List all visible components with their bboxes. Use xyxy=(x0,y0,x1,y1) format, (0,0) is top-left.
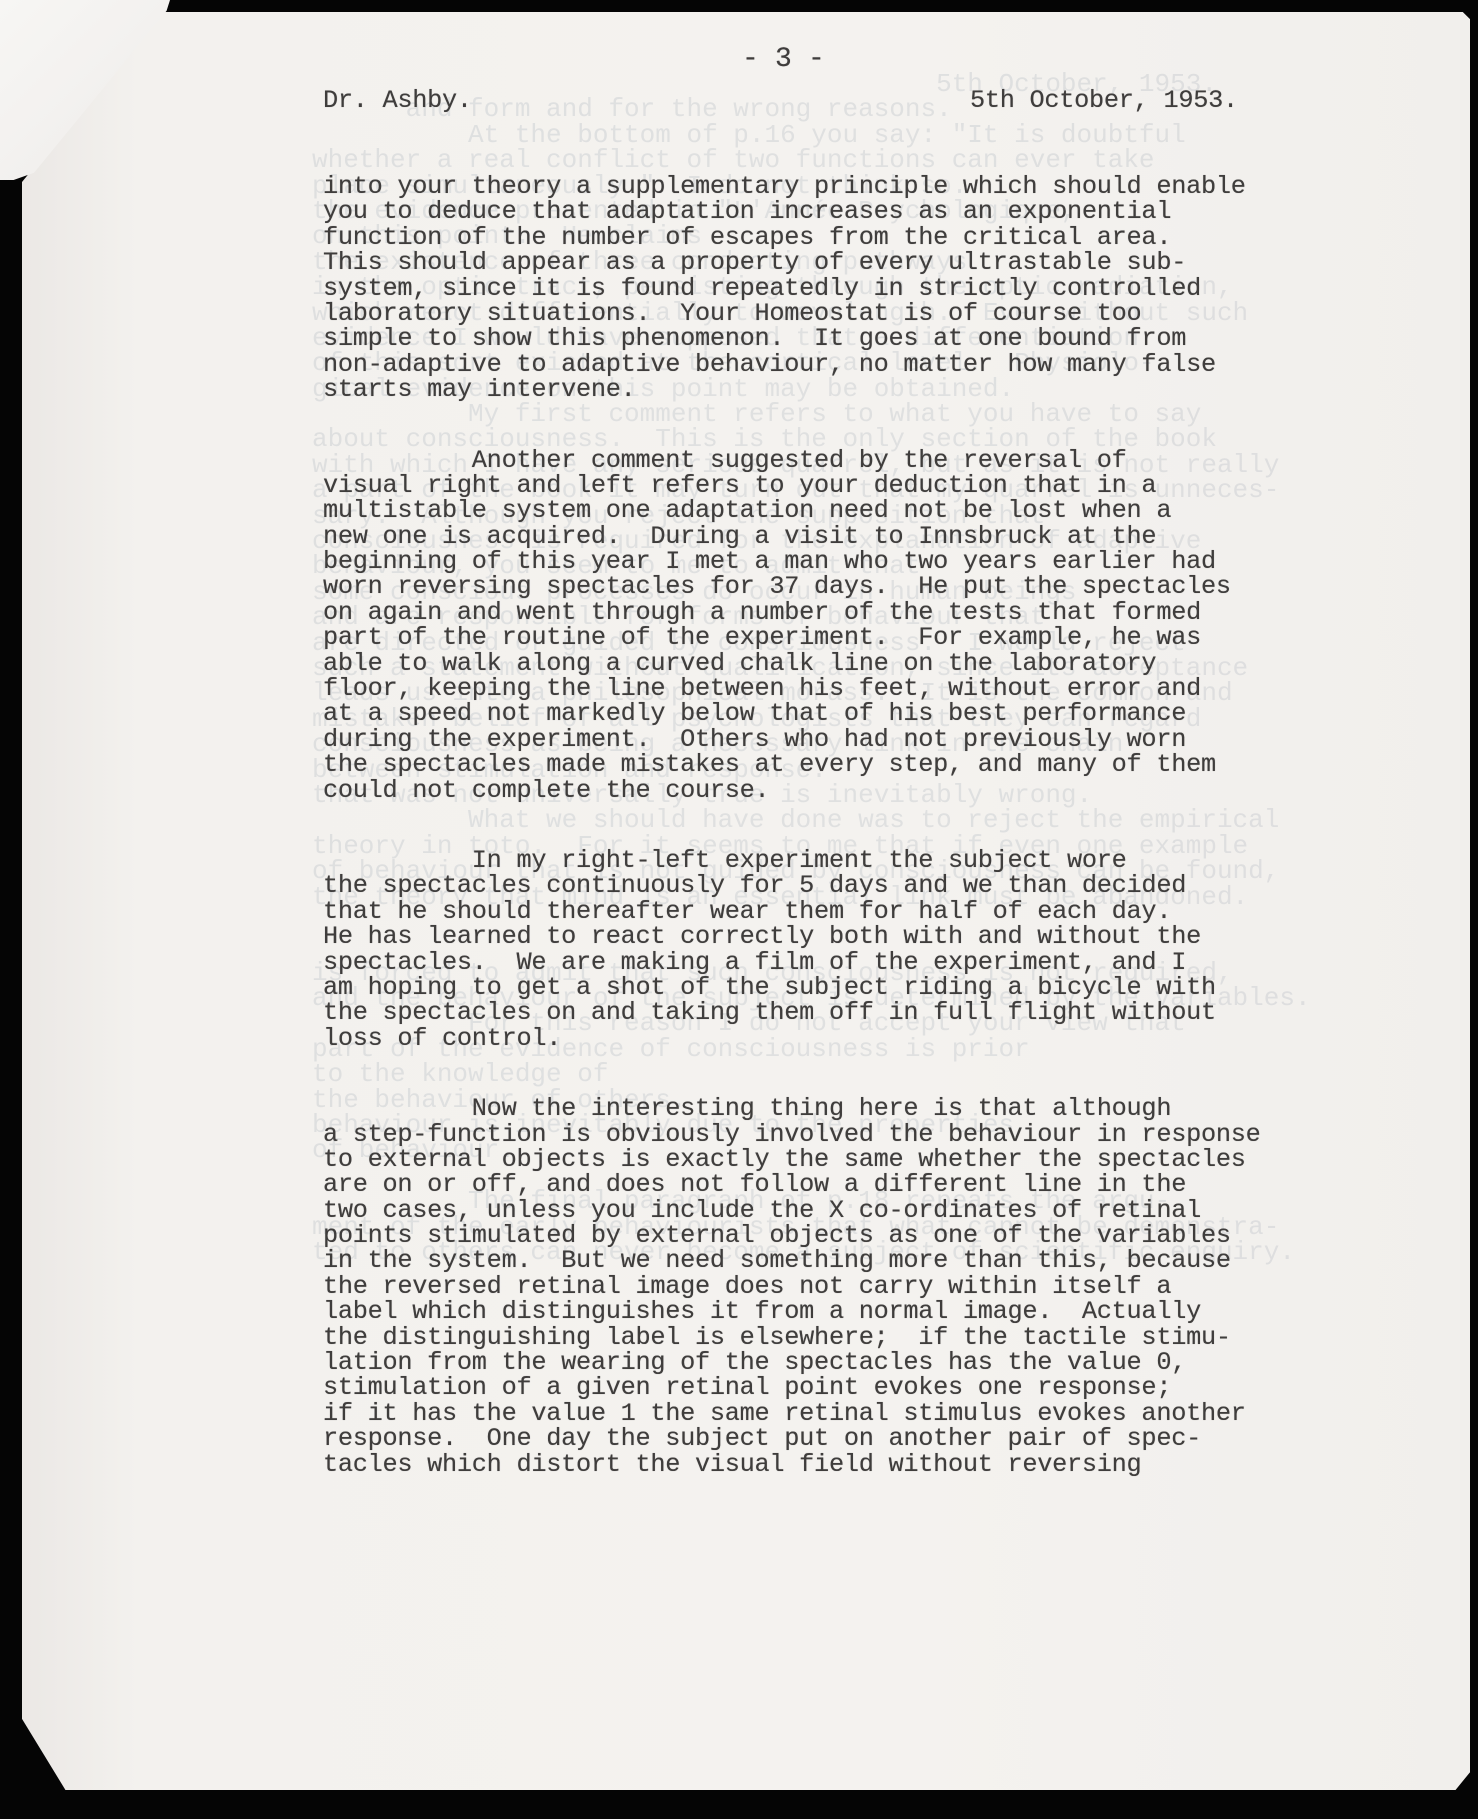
text-line: label which distinguishes it from a norm… xyxy=(323,1299,1463,1324)
text-line: two cases, unless you include the X co-o… xyxy=(323,1198,1463,1223)
text-line: Another comment suggested by the reversa… xyxy=(323,448,1463,473)
text-line: points stimulated by external objects as… xyxy=(323,1223,1463,1248)
recipient-name: Dr. Ashby. xyxy=(323,86,472,115)
text-line: are on or off, and does not follow a dif… xyxy=(323,1172,1463,1197)
text-line: am hoping to get a shot of the subject r… xyxy=(323,975,1463,1000)
letter-body: into your theory a supplementary princip… xyxy=(323,174,1463,1477)
text-line: in the system. But we need something mor… xyxy=(323,1248,1463,1273)
text-line: tacles which distort the visual field wi… xyxy=(323,1452,1463,1477)
text-line: stimulation of a given retinal point evo… xyxy=(323,1375,1463,1400)
text-line: able to walk along a curved chalk line o… xyxy=(323,651,1463,676)
text-line: system, since it is found repeatedly in … xyxy=(323,276,1463,301)
text-line: beginning of this year I met a man who t… xyxy=(323,549,1463,574)
text-line: starts may intervene. xyxy=(323,377,1463,402)
text-line: if it has the value 1 the same retinal s… xyxy=(323,1401,1463,1426)
text-line: visual right and left refers to your ded… xyxy=(323,473,1463,498)
text-line: the spectacles made mistakes at every st… xyxy=(323,752,1463,777)
text-line: could not complete the course. xyxy=(323,778,1463,803)
paragraph-gap xyxy=(323,803,1463,848)
text-line: spectacles. We are making a film of the … xyxy=(323,950,1463,975)
text-line: during the experiment. Others who had no… xyxy=(323,727,1463,752)
text-line: you to deduce that adaptation increases … xyxy=(323,199,1463,224)
text-line: lation from the wearing of the spectacle… xyxy=(323,1350,1463,1375)
text-line: the spectacles continuously for 5 days a… xyxy=(323,873,1463,898)
paragraph-gap xyxy=(323,1051,1463,1096)
text-line: This should appear as a property of ever… xyxy=(323,250,1463,275)
text-line: a step-function is obviously involved th… xyxy=(323,1122,1463,1147)
text-line: response. One day the subject put on ano… xyxy=(323,1426,1463,1451)
paragraph-gap xyxy=(323,403,1463,448)
paragraph: into your theory a supplementary princip… xyxy=(323,174,1463,403)
text-line: to external objects is exactly the same … xyxy=(323,1147,1463,1172)
text-line: into your theory a supplementary princip… xyxy=(323,174,1463,199)
page-number: - 3 - xyxy=(742,44,825,75)
text-line: simple to show this phenomenon. It goes … xyxy=(323,326,1463,351)
text-line: Now the interesting thing here is that a… xyxy=(323,1096,1463,1121)
text-line: worn reversing spectacles for 37 days. H… xyxy=(323,574,1463,599)
text-line: loss of control. xyxy=(323,1026,1463,1051)
text-line: the distinguishing label is elsewhere; i… xyxy=(323,1325,1463,1350)
text-line: non-adaptive to adaptive behaviour, no m… xyxy=(323,352,1463,377)
text-line: He has learned to react correctly both w… xyxy=(323,924,1463,949)
bleed-through-line: whether a real conflict of two functions… xyxy=(312,148,1472,173)
text-line: function of the number of escapes from t… xyxy=(323,225,1463,250)
letter-date: 5th October, 1953. xyxy=(970,86,1238,115)
text-line: laboratory situations. Your Homeostat is… xyxy=(323,301,1463,326)
text-line: the reversed retinal image does not carr… xyxy=(323,1274,1463,1299)
text-line: new one is acquired. During a visit to I… xyxy=(323,524,1463,549)
paragraph: Another comment suggested by the reversa… xyxy=(323,448,1463,803)
paragraph: Now the interesting thing here is that a… xyxy=(323,1096,1463,1477)
text-line: that he should thereafter wear them for … xyxy=(323,899,1463,924)
text-line: floor, keeping the line between his feet… xyxy=(323,676,1463,701)
text-line: part of the routine of the experiment. F… xyxy=(323,625,1463,650)
paragraph: In my right-left experiment the subject … xyxy=(323,848,1463,1051)
text-line: multistable system one adaptation need n… xyxy=(323,498,1463,523)
text-line: the spectacles on and taking them off in… xyxy=(323,1000,1463,1025)
text-line: In my right-left experiment the subject … xyxy=(323,848,1463,873)
bleed-through-line: At the bottom of p.16 you say: "It is do… xyxy=(312,123,1472,148)
text-line: at a speed not markedly below that of hi… xyxy=(323,701,1463,726)
text-line: on again and went through a number of th… xyxy=(323,600,1463,625)
bleed-through-line: and form and for the wrong reasons. xyxy=(312,97,1472,122)
bleed-through-line: 5th October, 1953. xyxy=(312,72,1472,97)
